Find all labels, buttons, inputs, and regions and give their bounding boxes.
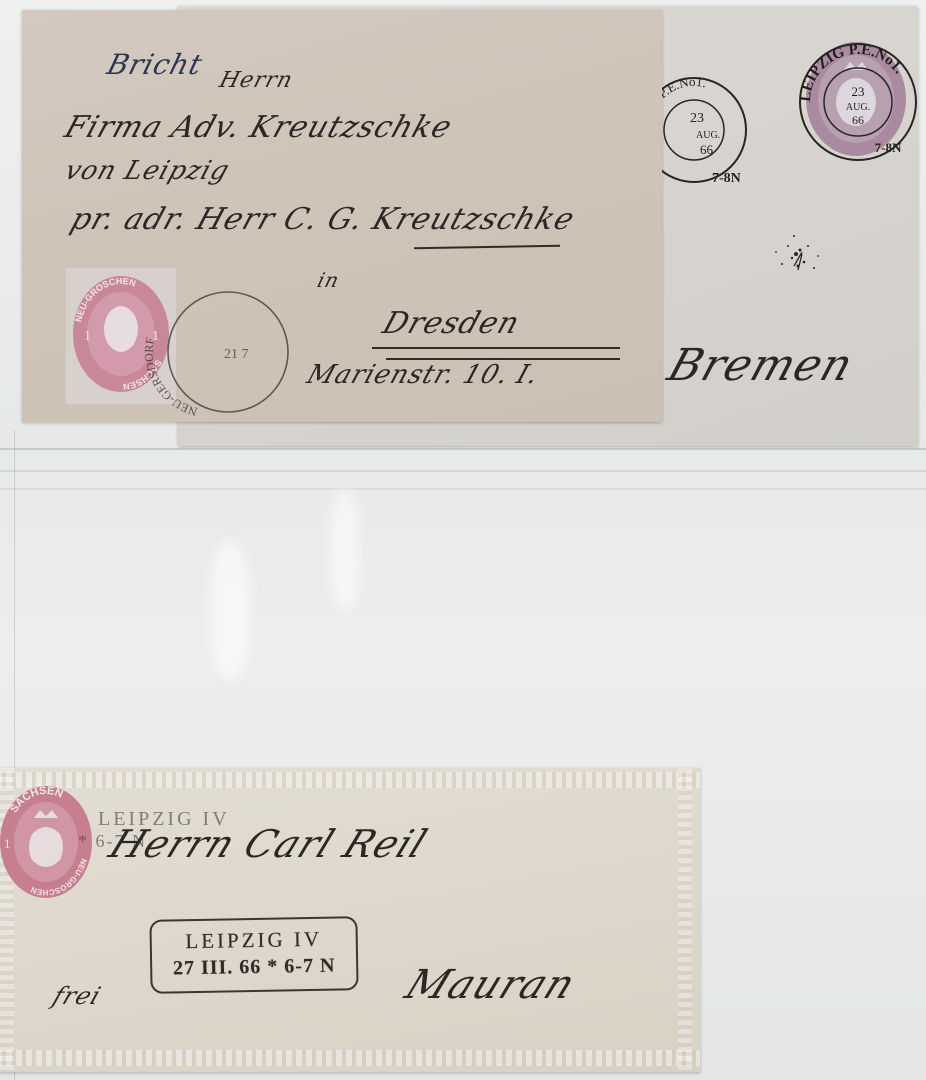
postmark-neu-gersdorf: NEU-GERSDORF 21 7: [164, 280, 284, 420]
address-line-1: Bricht: [104, 48, 207, 81]
svg-text:7-8N: 7-8N: [875, 140, 902, 155]
address-line-6: in: [315, 268, 343, 292]
glare: [210, 540, 250, 680]
lace-border-right: [678, 768, 692, 1072]
sleeve-edge: [0, 488, 926, 490]
double-underline-1: [372, 347, 620, 349]
svg-text:23: 23: [690, 111, 704, 126]
postmark-leipzig-stamp: LEIPZIG P.E.No1. 23 AUG. 66 7-8N: [796, 40, 920, 164]
address-line-3: Firma Adv. Kreutzschke: [60, 110, 456, 145]
lace-border-bottom: [0, 1050, 700, 1066]
underline: [414, 245, 560, 250]
svg-text:P.E.No1.: P.E.No1.: [655, 74, 708, 101]
address-line-7: Dresden: [378, 306, 524, 341]
lace-border-top: [0, 772, 700, 788]
address-line-2: Mauran: [399, 962, 583, 1008]
svg-text:1: 1: [84, 329, 91, 344]
svg-text:66: 66: [700, 142, 714, 157]
address-line-5: pr. adr. Herr C. G. Kreutzschke: [66, 202, 579, 237]
box-postmark-line1: LEIPZIG IV: [152, 926, 356, 955]
address-bremen: Bremen: [662, 340, 860, 391]
box-postmark-line2: 27 III. 66 * 6-7 N: [152, 954, 356, 981]
box-postmark-leipzig-iv: LEIPZIG IV 27 III. 66 * 6-7 N: [149, 916, 358, 994]
glare: [330, 490, 360, 610]
svg-text:1: 1: [4, 836, 11, 851]
address-line-3: frei: [49, 982, 105, 1010]
sleeve-edge: [0, 470, 926, 472]
svg-text:NEU-GERSDORF: NEU-GERSDORF: [142, 336, 199, 419]
address-line-1: Herrn Carl Reil: [103, 822, 434, 866]
svg-text:7-8N: 7-8N: [712, 171, 741, 186]
address-line-2: Herrn: [217, 68, 296, 93]
cover-dresden: NEU-GROSCHEN SACHSEN 1 1 NEU-GERSDORF 21…: [22, 10, 662, 422]
sleeve-edge: [0, 448, 926, 450]
ink-smudge: [738, 206, 858, 306]
svg-text:23: 23: [852, 84, 865, 99]
svg-text:AUG.: AUG.: [846, 102, 870, 113]
address-line-4: von Leipzig: [61, 156, 233, 186]
svg-text:AUG.: AUG.: [696, 130, 720, 141]
svg-text:66: 66: [852, 113, 864, 127]
svg-text:21 7: 21 7: [224, 347, 249, 362]
cover-mauran: SACHSEN NEU-GROSCHEN 1 LEIPZIG IV * 6-7 …: [0, 768, 700, 1072]
address-line-8: Marienstr. 10. I.: [303, 360, 543, 390]
